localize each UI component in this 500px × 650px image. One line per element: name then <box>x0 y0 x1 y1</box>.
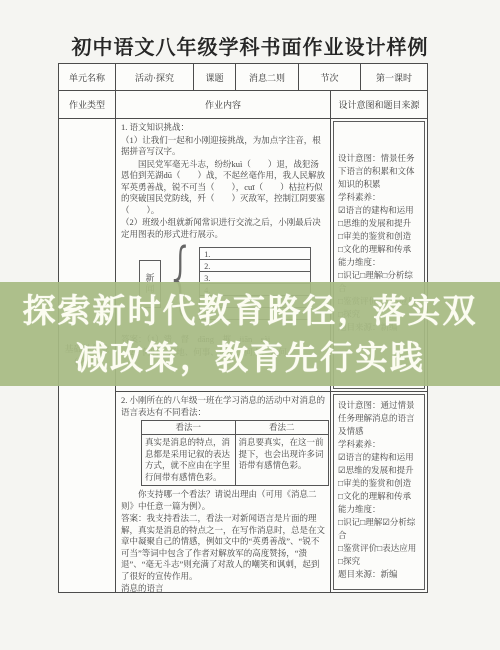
design-checkbox-line: □思维的发展和提升 <box>338 217 420 230</box>
design-checkbox-line: □文化的理解和传承 <box>338 243 420 256</box>
task1-passage: 国民党军毫无斗志，纷纷kuì（ ）退，战犯汤恩伯到芜湖dū（ ）战，不起丝毫作用… <box>121 159 325 217</box>
table-header-row-1: 单元名称 活动·探究 课题 消息二则 节次 第一课时 <box>59 64 427 91</box>
header-lesson-value: 第一课时 <box>361 64 427 90</box>
task2-design-box: 设计意图：通过情景任务理解消息的语言及情感 学科素养： ☑语言的建构和运用 ☑思… <box>333 394 425 590</box>
design-checkbox-line: ☑思维的发展和提升 <box>338 464 420 477</box>
design-intent-line: 能力维度： <box>338 503 420 516</box>
design-checkbox-line: □鉴赏评价□表达应用□探究 <box>338 542 420 568</box>
header-lesson-label: 节次 <box>299 64 361 90</box>
task1-heading: 1. 语文知识挑战： <box>121 122 325 134</box>
header-homework-content: 作业内容 <box>116 91 331 118</box>
task2-row: 2. 小刚所在的八年级一班在学习消息的活动中对消息的语言表达有不同看法： 看法一… <box>116 392 427 592</box>
header-design-intent: 设计意图和题目来源 <box>331 91 427 118</box>
task2-heading: 2. 小刚所在的八年级一班在学习消息的活动中对消息的语言表达有不同看法： <box>121 395 325 418</box>
task2-content-cell: 2. 小刚所在的八年级一班在学习消息的活动中对消息的语言表达有不同看法： 看法一… <box>116 392 331 592</box>
design-intent-line: 学科素养： <box>338 191 420 204</box>
header-unit-value: 活动·探究 <box>116 64 194 90</box>
design-checkbox-line: ☑语言的建构和运用 <box>338 204 420 217</box>
header-homework-type: 作业类型 <box>59 91 116 118</box>
page-title: 初中语文八年级学科书面作业设计样例 <box>0 31 500 60</box>
viewpoint2-text: 消息要真实，在这一前提下，也会出现许多词语带有感情色彩。 <box>236 435 329 485</box>
design-checkbox-line: □审美的鉴赏和创造 <box>338 230 420 243</box>
viewpoints-table: 看法一 看法二 真实是消息的特点，消息都是采用记叙的表达方式，就不应由在字里行间… <box>141 420 329 486</box>
viewpoints-header-row: 看法一 看法二 <box>142 421 328 435</box>
table-header-row-2: 作业类型 作业内容 设计意图和题目来源 <box>59 91 427 119</box>
design-intent-line: 设计意图：情景任务下语言的积累和文体知识的积累 <box>338 152 420 191</box>
banner-text-line1: 探索新时代教育路径，落实双 <box>23 287 478 334</box>
design-intent-line: 设计意图：通过情景任务理解消息的语言及情感 <box>338 399 420 438</box>
design-checkbox-line: ☑语言的建构和运用 <box>338 451 420 464</box>
header-unit-name: 单元名称 <box>59 64 116 90</box>
task2-trailing-text: 消息的语言 <box>121 583 325 592</box>
promo-banner-overlay: 探索新时代教育路径，落实双 减政策，教育先行实践 <box>0 282 500 386</box>
design-source-line: 题目来源：新编 <box>338 568 420 581</box>
task1-question1: （1）让我们一起和小刚迎接挑战，为加点字注音，根据拼音写汉字。 <box>121 135 325 158</box>
design-intent-line: 能力维度： <box>338 256 420 269</box>
viewpoint2-header: 看法二 <box>236 421 329 435</box>
task2-question: 你支持哪一个看法？请说出理由（可用《消息二则》中任意一篇为例）。 <box>121 489 325 512</box>
design-checkbox-line: □识记□理解☑分析综合 <box>338 516 420 542</box>
header-topic-value: 消息二则 <box>236 64 299 90</box>
header-topic-label: 课题 <box>194 64 236 90</box>
task2-answer: 答案：我支持看法二，看法一对新闻语言是片面的理解，真实是消息的特点之一，在写作消… <box>121 513 325 582</box>
design-intent-line: 学科素养： <box>338 438 420 451</box>
design-checkbox-line: □审美的鉴赏和创造 <box>338 477 420 490</box>
scanned-worksheet-page: 初中语文八年级学科书面作业设计样例 单元名称 活动·探究 课题 消息二则 节次 … <box>0 0 500 650</box>
task1-question2: （2）班级小组就新闻常识进行交流之后，小刚最后决定用图表的形式进行展示。 <box>121 217 325 240</box>
banner-text-line2: 减政策，教育先行实践 <box>75 334 425 381</box>
viewpoint1-header: 看法一 <box>142 421 236 435</box>
design-checkbox-line: □文化的理解和传承 <box>338 490 420 503</box>
viewpoint1-text: 真实是消息的特点，消息都是采用记叙的表达方式，就不应由在字里行间带有感情色彩。 <box>142 435 236 485</box>
task2-design-cell: 设计意图：通过情景任务理解消息的语言及情感 学科素养： ☑语言的建构和运用 ☑思… <box>331 392 427 592</box>
viewpoints-body-row: 真实是消息的特点，消息都是采用记叙的表达方式，就不应由在字里行间带有感情色彩。 … <box>142 435 328 485</box>
